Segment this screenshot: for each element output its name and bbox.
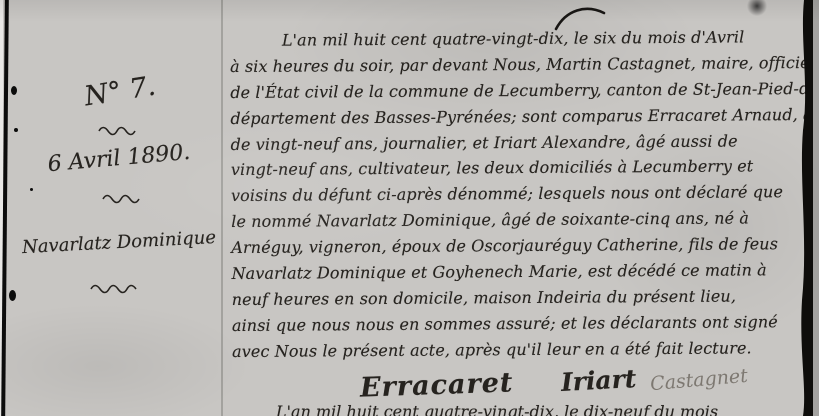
act-date: 6 Avril 1890. <box>23 138 214 179</box>
body-line: de vingt-neuf ans, journalier, et Iriart… <box>231 128 809 158</box>
act-number: N° 7. <box>56 66 183 116</box>
body-line: neuf heures en son domicile, maison Inde… <box>232 283 810 313</box>
margin-rule-line <box>221 0 223 416</box>
ink-smudge <box>746 0 768 16</box>
body-line: vingt-neuf ans, cultivateur, les deux do… <box>231 153 809 183</box>
body-line: le nommé Navarlatz Dominique, âgé de soi… <box>231 205 809 235</box>
next-act-partial-line: L'an mil huit cent quatre-vingt-dix, le … <box>276 402 816 416</box>
body-line: de l'État civil de la commune de Lecumbe… <box>230 76 808 106</box>
act-body-text: L'an mil huit cent quatre-vingt-dix, le … <box>230 24 810 365</box>
flourish-squiggle-icon <box>88 282 140 294</box>
body-line: ainsi que nous nous en sommes assuré; et… <box>232 309 810 339</box>
body-line: L'an mil huit cent quatre-vingt-dix, le … <box>230 24 808 54</box>
ink-blot <box>11 86 17 95</box>
ink-blot <box>14 128 18 132</box>
body-line: Navarlatz Dominique et Goyhenech Marie, … <box>231 257 809 287</box>
deceased-name-margin: Navarlatz Dominique <box>16 227 223 259</box>
scanned-register-page: N° 7. 6 Avril 1890. Navarlatz Dominique … <box>0 0 819 416</box>
signature-erracaret: Erracaret <box>360 367 514 403</box>
body-line: avec Nous le présent acte, après qu'il l… <box>232 335 810 365</box>
gutter-shadow-right <box>795 0 819 416</box>
body-line: département des Basses-Pyrénées; sont co… <box>230 102 808 132</box>
flourish-squiggle-icon <box>100 192 144 204</box>
flourish-squiggle-icon <box>96 124 140 136</box>
body-line: voisins du défunt ci-après dénommé; lesq… <box>231 179 809 209</box>
body-line: à six heures du soir, par devant Nous, M… <box>230 50 808 80</box>
ink-blot <box>9 290 16 301</box>
ink-blot <box>30 188 33 191</box>
signature-iriart: Iriart <box>560 364 637 397</box>
body-line: Arnéguy, vigneron, époux de Oscorjaurégu… <box>231 231 809 261</box>
signature-castagnet: Castagnet <box>649 365 748 395</box>
